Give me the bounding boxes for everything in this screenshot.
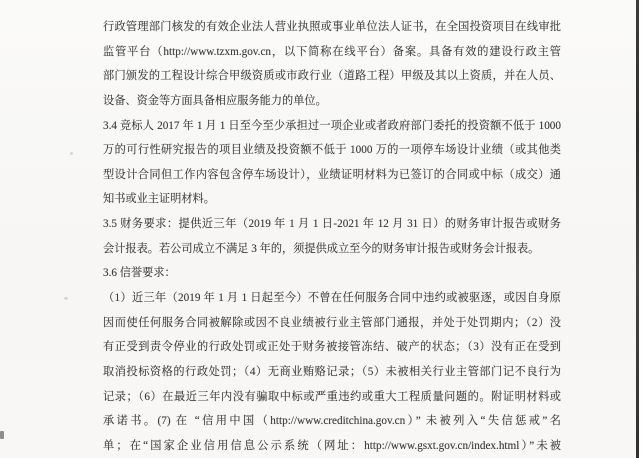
scan-margin-strip bbox=[639, 0, 643, 458]
text-line: 有正受到责令停业的行政处罚或正处于财务被接管冻结、破产的状态；（3）没有正在受到 bbox=[103, 335, 561, 360]
text-line: 型设计合同但工作内容包含停车场设计），业绩证明材料为已签订的合同或中标（成交）通 bbox=[103, 163, 561, 188]
text-line-item-1: （1）近三年（2019 年 1 月 1 日起至今）不曾在任何服务合同中违约或被驱… bbox=[103, 286, 561, 311]
text-line: 记录；（6）在最近三年内没有骗取中标或严重违约或重大工程质量问题的。附证明材料或 bbox=[103, 385, 561, 410]
text-line: 单；在“国家企业信用信息公示系统（网址：http://www.gsxt.gov.… bbox=[103, 434, 561, 458]
text-line: 行政管理部门核发的有效企业法人营业执照或事业单位法人证书，在全国投资项目在线审批 bbox=[103, 15, 561, 40]
text-line: 会计报表。若公司成立不满足 3 年的，须提供成立至今的财务审计报告或财务会计报表… bbox=[103, 237, 561, 262]
text-line: 知书或业主证明材料。 bbox=[103, 187, 561, 212]
text-line: 万的可行性研究报告的项目业绩及投资额不低于 1000 万的一项停车场设计业绩（或… bbox=[103, 138, 561, 163]
document-text-block: 行政管理部门核发的有效企业法人营业执照或事业单位法人证书，在全国投资项目在线审批… bbox=[103, 15, 561, 458]
scan-mark-artifact bbox=[0, 431, 4, 439]
scan-speck-artifact bbox=[70, 152, 73, 155]
text-line-section-3-6-heading: 3.6 信誉要求： bbox=[103, 261, 561, 286]
text-line: 因而使任何服务合同被解除或因不良业绩被行业主管部门通报，并处于处罚期内；（2）没 bbox=[103, 311, 561, 336]
document-page: 行政管理部门核发的有效企业法人营业执照或事业单位法人证书，在全国投资项目在线审批… bbox=[0, 0, 643, 458]
text-line: 部门颁发的工程设计综合甲级资质或市政行业（道路工程）甲级及其以上资质，并在人员、 bbox=[103, 64, 561, 89]
text-line: 设备、资金等方面具备相应服务能力的单位。 bbox=[103, 89, 561, 114]
text-line: 监管平台（http://www.tzxm.gov.cn，以下简称在线平台）备案。… bbox=[103, 40, 561, 65]
text-line-section-3-4: 3.4 竞标人 2017 年 1 月 1 日至今至少承担过一项企业或者政府部门委… bbox=[103, 114, 561, 139]
text-line-item-7: 承诺书。(7) 在 “信用中国（http://www.creditchina.g… bbox=[103, 409, 561, 434]
text-line: 取消投标资格的行政处罚；（4）无商业贿赂记录；（5）未被相关行业主管部门记不良行… bbox=[103, 360, 561, 385]
scan-speck-artifact bbox=[64, 297, 68, 300]
text-line-section-3-5: 3.5 财务要求：提供近三年（2019 年 1 月 1 日-2021 年 12 … bbox=[103, 212, 561, 237]
